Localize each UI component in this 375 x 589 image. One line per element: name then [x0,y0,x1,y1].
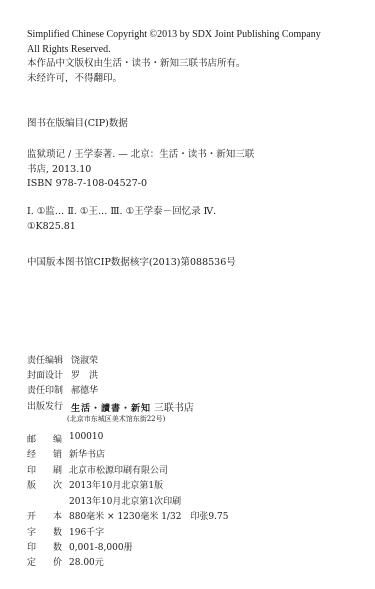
copyright-english: Simplified Chinese Copyright ©2013 by SD… [27,28,321,43]
classification-line2: ①K825.81 [27,220,216,235]
detail-label-a: 印 [27,463,36,476]
publisher-logo: 生活・讀書・新知 [71,404,151,414]
detail-value: 28.00元 [69,555,104,568]
detail-label-a: 版 [27,478,36,491]
publisher-address: (北京市东城区美术馆东街22号) [67,414,165,424]
detail-value: 880毫米 × 1230毫米 1/32 印张9.75 [69,509,228,522]
credit-value: 饶淑荣 [71,353,98,366]
cip-entry-line1: 监狱琐记 / 王学泰著. — 北京：生活・读书・新知三联 [27,148,254,163]
detail-label-a: 开 [27,509,36,522]
credit-label: 出版发行 [27,399,63,412]
detail-label-b: 次 [53,478,62,491]
detail-value: 2013年10月北京第1版 [69,478,163,491]
detail-label-a: 印 [27,540,36,553]
cip-number-block: 中国版本图书馆CIP数据核字(2013)第088536号 [27,256,236,271]
copyright-block: Simplified Chinese Copyright ©2013 by SD… [27,28,321,86]
credit-label: 封面设计 [27,368,63,381]
publisher-name: 生活・讀書・新知 三联书店 [71,399,194,414]
detail-label-a: 经 [27,447,36,460]
detail-label-b: 编 [53,432,62,445]
credit-value: 罗 洪 [71,368,98,381]
cip-title: 图书在版编目(CIP)数据 [27,117,128,132]
detail-value: 0,001-8,000册 [69,540,133,553]
detail-value: 新华书店 [69,447,105,460]
detail-label-b: 数 [53,525,62,538]
detail-label-a: 邮 [27,432,36,445]
cip-block: 图书在版编目(CIP)数据 [27,117,128,132]
publisher-text: 三联书店 [154,403,194,414]
credit-label: 责任印制 [27,383,63,396]
detail-value: 2013年10月北京第1次印刷 [69,494,181,507]
detail-value: 196千字 [69,525,104,538]
classification-line1: Ⅰ. ①监… Ⅱ. ①王… Ⅲ. ①王学泰－回忆录 Ⅳ. [27,205,216,220]
detail-label-b: 数 [53,540,62,553]
detail-label-b: 销 [53,447,62,460]
detail-value: 北京市松源印刷有限公司 [69,463,168,476]
detail-label-b: 价 [53,555,62,568]
detail-label-b: 刷 [53,463,62,476]
cip-number: 中国版本图书馆CIP数据核字(2013)第088536号 [27,256,236,271]
rights-reserved: All Rights Reserved. [27,43,321,58]
credit-label: 责任编辑 [27,353,63,366]
credit-value: 郝德华 [71,383,98,396]
cip-entry: 监狱琐记 / 王学泰著. — 北京：生活・读书・新知三联 书店, 2013.10… [27,148,254,192]
copyright-chinese: 本作品中文版权由生活・读书・新知三联书店所有。 [27,57,321,72]
reprint-notice: 未经许可，不得翻印。 [27,72,321,87]
cip-entry-line2: 书店, 2013.10 [27,163,254,178]
detail-label-a: 定 [27,555,36,568]
detail-value: 100010 [69,432,103,442]
detail-label-a: 字 [27,525,36,538]
isbn: ISBN 978-7-108-04527-0 [27,177,254,192]
cip-classification: Ⅰ. ①监… Ⅱ. ①王… Ⅲ. ①王学泰－回忆录 Ⅳ. ①K825.81 [27,205,216,234]
detail-label-b: 本 [53,509,62,522]
